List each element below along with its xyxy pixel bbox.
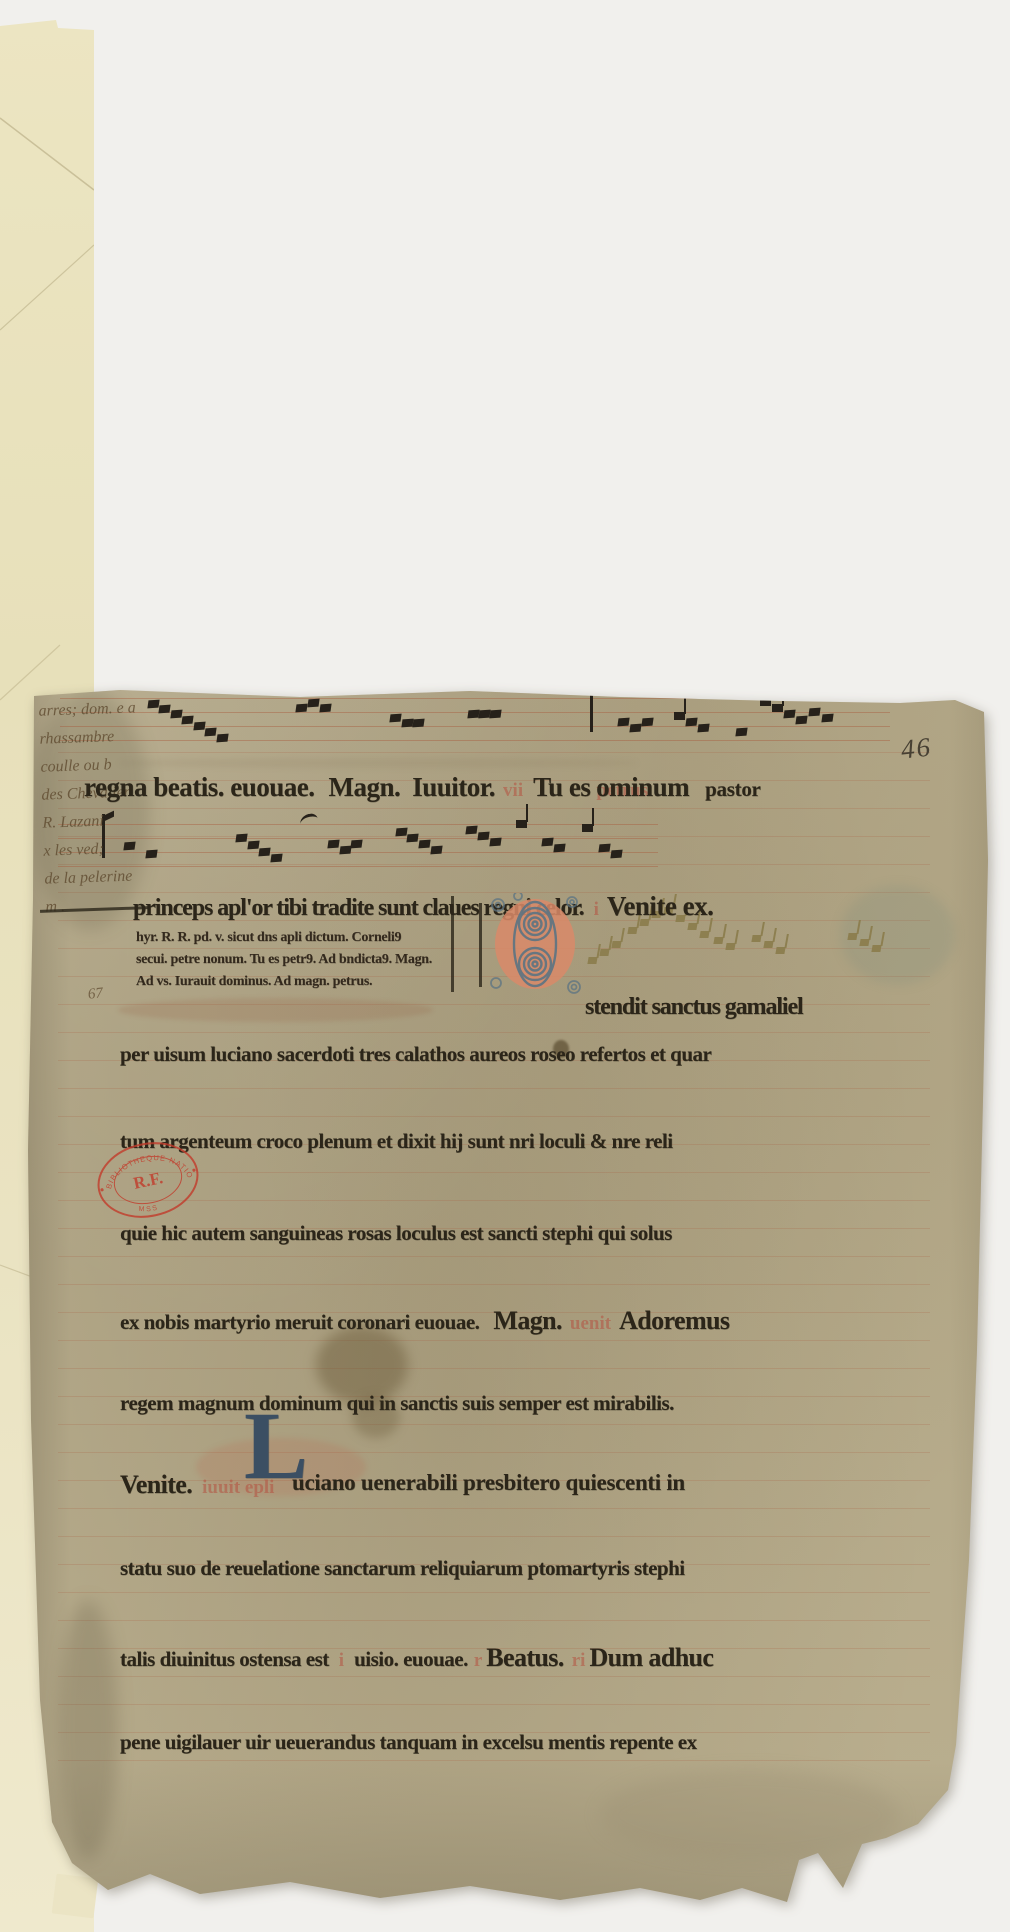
rubric-line: secui. petre nonum. Tu es petr9. Ad bndi… bbox=[136, 952, 432, 968]
neume-icon bbox=[216, 734, 228, 743]
marginal-number-note: 67 bbox=[87, 985, 104, 1003]
text-line: pene uigilauer uir ueuerandus tanquam in… bbox=[120, 1730, 697, 1755]
text-segment: ex nobis martyrio meruit coronari euouae… bbox=[120, 1310, 479, 1335]
margin-note-line: de la pelerine bbox=[44, 862, 142, 893]
text-segment: regem magnum dominum qui in sanctis suis… bbox=[120, 1391, 674, 1416]
neume-icon bbox=[430, 846, 442, 855]
neume-icon bbox=[795, 716, 807, 725]
text-segment: stendit sanctus gamaliel bbox=[585, 994, 803, 1021]
staff-line bbox=[58, 866, 658, 867]
neume-icon bbox=[763, 941, 773, 948]
text-segment: talis diuinitus ostensa est bbox=[120, 1647, 329, 1672]
neume-icon bbox=[871, 945, 881, 952]
stain bbox=[118, 758, 638, 768]
neume-icon bbox=[204, 728, 216, 737]
neume-icon bbox=[247, 841, 259, 850]
text-segment: ominum bbox=[596, 772, 689, 803]
text-segment: Beatus. bbox=[486, 1643, 563, 1673]
staff-line bbox=[60, 726, 890, 727]
neume-icon bbox=[641, 718, 653, 727]
neume-icon bbox=[489, 710, 501, 719]
text-line: stendit sanctus gamaliel bbox=[585, 994, 803, 1021]
neume-icon bbox=[181, 716, 193, 725]
neume-icon bbox=[687, 923, 697, 930]
neume-icon bbox=[685, 718, 697, 727]
neume-icon bbox=[412, 719, 424, 728]
margin-note-line: rhassambre bbox=[39, 722, 137, 753]
neume-icon bbox=[418, 840, 430, 849]
neume-icon bbox=[582, 824, 593, 832]
text-line: talis diuinitus ostensa estiuisio. euoua… bbox=[120, 1643, 713, 1673]
neume-icon bbox=[847, 933, 857, 940]
margin-note-line: x les ved; bbox=[43, 834, 141, 865]
text-segment: statu suo de reuelatione sanctarum reliq… bbox=[120, 1556, 685, 1581]
text-segment: Venite. bbox=[120, 1470, 192, 1500]
neume-icon bbox=[821, 714, 833, 723]
neume-icon bbox=[599, 949, 609, 956]
text-segment: pastor bbox=[705, 777, 760, 802]
text-segment: i bbox=[339, 1650, 344, 1672]
rubric-line: hyr. R. R. pd. v. sicut dns apli dictum.… bbox=[136, 930, 401, 946]
text-segment: r bbox=[474, 1650, 482, 1672]
stain bbox=[118, 998, 433, 1022]
text-segment: Iuuitor. bbox=[412, 772, 495, 803]
neume-icon bbox=[389, 714, 401, 723]
text-line: princeps apl'or tibi tradite sunt claues… bbox=[133, 891, 713, 922]
rubric-line: Ad vs. Iurauit dominus. Ad magn. petrus. bbox=[136, 974, 372, 990]
neume-icon bbox=[760, 698, 771, 706]
text-line: regem magnum dominum qui in sanctis suis… bbox=[120, 1391, 674, 1416]
neume-icon bbox=[319, 704, 331, 713]
neume-icon bbox=[772, 704, 783, 712]
text-line: quie hic autem sanguineas rosas loculus … bbox=[120, 1221, 672, 1246]
neume-icon bbox=[697, 724, 709, 733]
neume-icon bbox=[617, 718, 629, 727]
text-line: per uisum luciano sacerdoti tres calatho… bbox=[120, 1042, 711, 1067]
neume-icon bbox=[713, 937, 723, 944]
neume-icon bbox=[699, 931, 709, 938]
text-line: regna beatis. euouae.Magn.Iuuitor.viiTu … bbox=[84, 772, 761, 803]
text-segment: per uisum luciano sacerdoti tres calatho… bbox=[120, 1042, 711, 1067]
neume-icon bbox=[270, 854, 282, 863]
text-segment: pene uigilauer uir ueuerandus tanquam in… bbox=[120, 1730, 697, 1755]
marginal-cursive-notes: arres; dom. e arhassambrecoulle ou bdes … bbox=[38, 694, 143, 921]
text-segment: ri bbox=[572, 1650, 586, 1672]
stain bbox=[58, 1600, 118, 1860]
text-segment: vii bbox=[503, 780, 523, 802]
neume-icon bbox=[158, 705, 170, 714]
stain bbox=[600, 1770, 900, 1860]
text-segment: tum argenteum croco plenum et dixit hij … bbox=[120, 1129, 673, 1154]
neume-icon bbox=[611, 941, 621, 948]
neume-icon bbox=[145, 850, 157, 859]
neume-icon bbox=[406, 834, 418, 843]
neume-icon bbox=[350, 840, 362, 849]
parchment-leaf: arres; dom. e arhassambrecoulle ou bdes … bbox=[0, 0, 1010, 1932]
neume-icon bbox=[783, 710, 795, 719]
margin-note-line: arres; dom. e a bbox=[38, 694, 136, 725]
neume-icon bbox=[395, 828, 407, 837]
stamp-center-text: R.F. bbox=[132, 1168, 165, 1193]
neume-icon bbox=[465, 826, 477, 835]
text-line: uciano uenerabili presbitero quiescenti … bbox=[292, 1470, 685, 1496]
text-segment: regna beatis. euouae. bbox=[84, 772, 315, 803]
text-segment: Magn. bbox=[493, 1306, 562, 1336]
text-segment: uisio. euouae. bbox=[354, 1647, 468, 1672]
decorated-initial-o bbox=[488, 893, 584, 997]
neume-icon bbox=[147, 700, 159, 709]
staff-line bbox=[60, 740, 890, 741]
neume-icon bbox=[629, 724, 641, 733]
neume-icon bbox=[751, 935, 761, 942]
text-segment: Tu es bbox=[533, 772, 590, 803]
neume-icon bbox=[590, 688, 593, 732]
text-segment: Magn. bbox=[329, 772, 401, 803]
text-segment: Dum adhuc bbox=[589, 1643, 713, 1673]
neume-icon bbox=[170, 710, 182, 719]
text-line: tum argenteum croco plenum et dixit hij … bbox=[120, 1129, 673, 1154]
margin-note-line: R. Lazani bbox=[42, 806, 140, 837]
neume-icon bbox=[489, 838, 501, 847]
staff-line bbox=[58, 824, 658, 825]
neume-icon bbox=[775, 947, 785, 954]
neume-icon bbox=[516, 820, 527, 828]
neume-icon bbox=[598, 844, 610, 853]
neume-icon bbox=[295, 704, 307, 713]
neume-icon bbox=[674, 712, 685, 720]
text-segment: uciano uenerabili presbitero quiescenti … bbox=[292, 1470, 685, 1496]
music-staff bbox=[58, 806, 658, 890]
text-segment: uenit bbox=[570, 1313, 611, 1335]
neume-icon bbox=[735, 728, 747, 737]
neume-icon bbox=[327, 840, 339, 849]
neume-icon bbox=[307, 699, 319, 708]
text-segment: i bbox=[594, 899, 599, 921]
neume-icon bbox=[553, 844, 565, 853]
neume-icon bbox=[258, 848, 270, 857]
neume-icon bbox=[299, 813, 319, 831]
neume-icon bbox=[541, 838, 553, 847]
neume-icon bbox=[859, 939, 869, 946]
decorated-initial-l: L bbox=[244, 1398, 308, 1494]
neume-icon bbox=[235, 834, 247, 843]
text-line: ex nobis martyrio meruit coronari euouae… bbox=[120, 1306, 729, 1336]
text-segment: quie hic autem sanguineas rosas loculus … bbox=[120, 1221, 672, 1246]
neume-icon bbox=[587, 957, 597, 964]
neume-icon bbox=[725, 943, 735, 950]
neume-icon bbox=[627, 927, 637, 934]
staff-line bbox=[60, 698, 890, 699]
neume-icon bbox=[477, 832, 489, 841]
text-line: statu suo de reuelatione sanctarum reliq… bbox=[120, 1556, 685, 1581]
text-segment: Adoremus bbox=[619, 1306, 729, 1336]
text-segment: Venite ex. bbox=[607, 891, 713, 922]
neume-icon bbox=[193, 722, 205, 731]
parchment-leaf-wrap: arres; dom. e arhassambrecoulle ou bdes … bbox=[0, 0, 1010, 1932]
manuscript-scan: arres; dom. e arhassambrecoulle ou bdes … bbox=[0, 0, 1010, 1932]
staff-line bbox=[58, 838, 658, 839]
music-staff bbox=[60, 686, 890, 752]
folio-number: 46 bbox=[899, 731, 933, 765]
neume-icon bbox=[808, 708, 820, 717]
neume-icon bbox=[610, 850, 622, 859]
